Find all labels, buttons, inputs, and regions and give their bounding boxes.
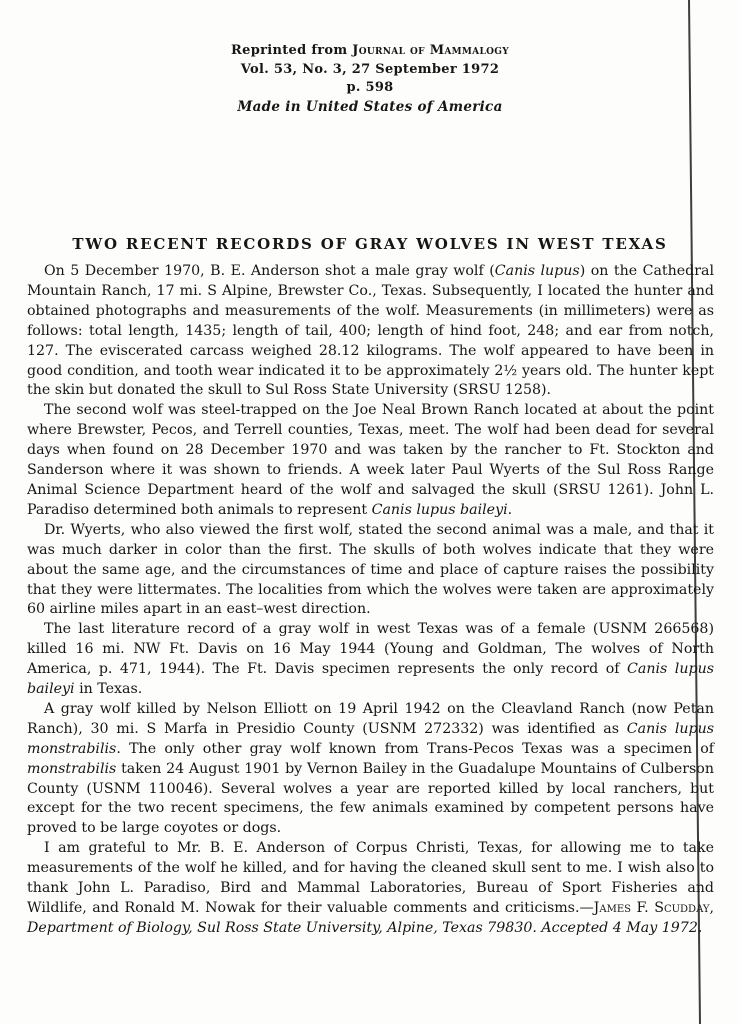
paragraph: A gray wolf killed by Nelson Elliott on … — [27, 700, 714, 839]
article-body: On 5 December 1970, B. E. Anderson shot … — [27, 262, 714, 939]
page-number-line: p. 598 — [0, 79, 740, 98]
article-title: TWO RECENT RECORDS OF GRAY WOLVES IN WES… — [0, 234, 740, 254]
text-run: . — [508, 502, 513, 518]
text-run: A gray wolf killed by Nelson Elliott on … — [27, 701, 714, 737]
text-run: Dr. Wyerts, who also viewed the first wo… — [27, 522, 714, 618]
italic-text-run: monstrabilis — [27, 761, 116, 777]
text-run: . The only other gray wolf known from Tr… — [116, 741, 714, 757]
paragraph: The last literature record of a gray wol… — [27, 620, 714, 700]
text-run: On 5 December 1970, B. E. Anderson shot … — [44, 263, 495, 279]
volume-issue-date-line: Vol. 53, No. 3, 27 September 1972 — [0, 61, 740, 80]
reprint-masthead: Reprinted from Journal of Mammalogy Vol.… — [0, 42, 740, 116]
text-run: in Texas. — [75, 681, 143, 697]
made-in-line: Made in United States of America — [0, 98, 740, 117]
reprint-source-line: Reprinted from Journal of Mammalogy — [0, 42, 740, 61]
italic-text-run: Department of Biology, Sul Ross State Un… — [27, 920, 702, 936]
text-run: Reprinted from — [231, 43, 352, 58]
smallcaps-text-run: Journal of Mammalogy — [352, 43, 509, 58]
text-run: , — [709, 900, 714, 916]
text-run: ) on the Cathedral Mountain Ranch, 17 mi… — [27, 263, 714, 398]
paragraph: I am grateful to Mr. B. E. Anderson of C… — [27, 839, 714, 939]
text-run: The last literature record of a gray wol… — [27, 621, 714, 677]
text-run: taken 24 August 1901 by Vernon Bailey in… — [27, 761, 714, 837]
paragraph: On 5 December 1970, B. E. Anderson shot … — [27, 262, 714, 401]
journal-reprint-page: Reprinted from Journal of Mammalogy Vol.… — [0, 0, 740, 1024]
paragraph: The second wolf was steel-trapped on the… — [27, 401, 714, 520]
italic-text-run: Canis lupus — [495, 263, 580, 279]
italic-text-run: Canis lupus baileyi — [372, 502, 508, 518]
smallcaps-text-run: James F. Scudday — [594, 900, 710, 916]
text-run: The second wolf was steel-trapped on the… — [27, 402, 714, 518]
paragraph: Dr. Wyerts, who also viewed the first wo… — [27, 521, 714, 621]
